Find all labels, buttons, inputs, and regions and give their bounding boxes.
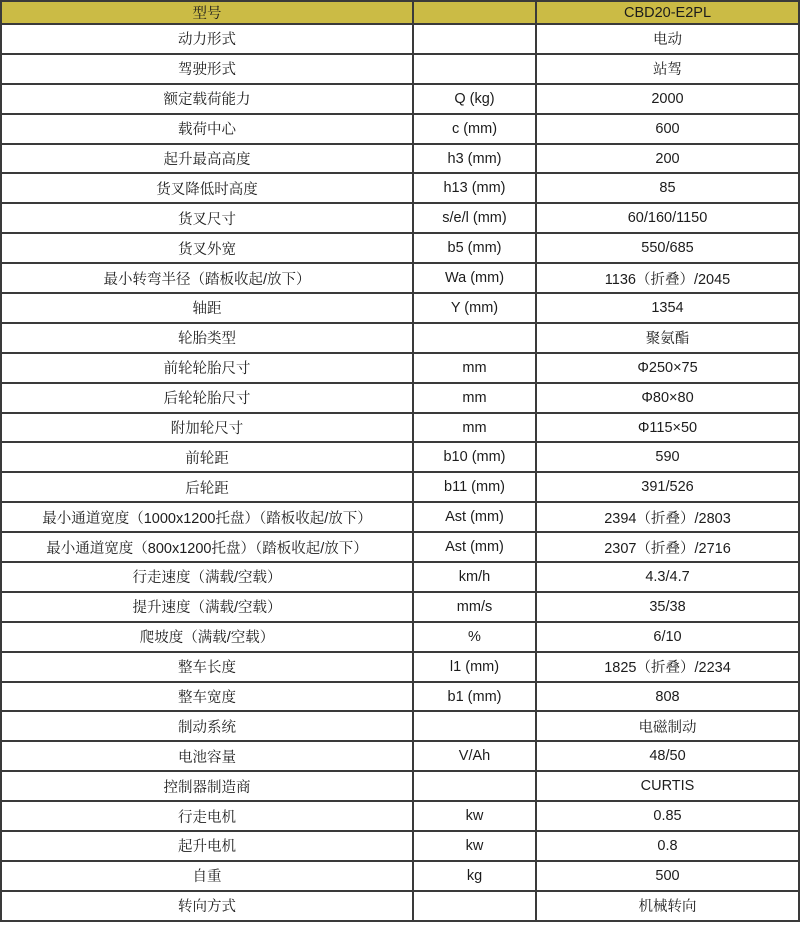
value-cell: 1136（折叠）/2045: [536, 263, 799, 293]
table-row: 整车宽度b1 (mm)808: [1, 682, 799, 712]
value-cell: 590: [536, 442, 799, 472]
value-cell: 6/10: [536, 622, 799, 652]
table-row: 附加轮尺寸mmΦ115×50: [1, 413, 799, 443]
table-row: 驾驶形式站驾: [1, 54, 799, 84]
table-row: 起升最高高度h3 (mm)200: [1, 144, 799, 174]
header-param-cell: 型号: [1, 1, 413, 24]
param-cell: 整车长度: [1, 652, 413, 682]
param-cell: 货叉外宽: [1, 233, 413, 263]
value-cell: 1825（折叠）/2234: [536, 652, 799, 682]
unit-cell: s/e/l (mm): [413, 203, 536, 233]
param-cell: 驾驶形式: [1, 54, 413, 84]
table-row: 动力形式电动: [1, 24, 799, 54]
param-cell: 前轮轮胎尺寸: [1, 353, 413, 383]
param-cell: 行走电机: [1, 801, 413, 831]
param-cell: 货叉尺寸: [1, 203, 413, 233]
unit-cell: h13 (mm): [413, 173, 536, 203]
value-cell: 2394（折叠）/2803: [536, 502, 799, 532]
param-cell: 自重: [1, 861, 413, 891]
value-cell: 4.3/4.7: [536, 562, 799, 592]
table-row: 轮胎类型聚氨酯: [1, 323, 799, 353]
unit-cell: Ast (mm): [413, 502, 536, 532]
value-cell: 站驾: [536, 54, 799, 84]
param-cell: 最小通道宽度（1000x1200托盘）（踏板收起/放下）: [1, 502, 413, 532]
param-cell: 控制器制造商: [1, 771, 413, 801]
spec-table-head: 型号 CBD20-E2PL: [1, 1, 799, 24]
value-cell: 35/38: [536, 592, 799, 622]
spec-table-body: 动力形式电动驾驶形式站驾额定载荷能力Q (kg)2000载荷中心c (mm)60…: [1, 24, 799, 921]
value-cell: 聚氨酯: [536, 323, 799, 353]
table-row: 电池容量V/Ah48/50: [1, 741, 799, 771]
unit-cell: b11 (mm): [413, 472, 536, 502]
unit-cell: c (mm): [413, 114, 536, 144]
table-row: 后轮轮胎尺寸mmΦ80×80: [1, 383, 799, 413]
param-cell: 货叉降低时高度: [1, 173, 413, 203]
value-cell: 550/685: [536, 233, 799, 263]
unit-cell: b5 (mm): [413, 233, 536, 263]
table-row: 起升电机kw0.8: [1, 831, 799, 861]
value-cell: 2000: [536, 84, 799, 114]
value-cell: 200: [536, 144, 799, 174]
value-cell: Φ115×50: [536, 413, 799, 443]
param-cell: 电池容量: [1, 741, 413, 771]
value-cell: 48/50: [536, 741, 799, 771]
unit-cell: Y (mm): [413, 293, 536, 323]
table-row: 最小通道宽度（1000x1200托盘）（踏板收起/放下）Ast (mm)2394…: [1, 502, 799, 532]
unit-cell: %: [413, 622, 536, 652]
table-row: 整车长度l1 (mm)1825（折叠）/2234: [1, 652, 799, 682]
table-row: 最小通道宽度（800x1200托盘）（踏板收起/放下）Ast (mm)2307（…: [1, 532, 799, 562]
unit-cell: mm: [413, 413, 536, 443]
value-cell: 1354: [536, 293, 799, 323]
unit-cell: V/Ah: [413, 741, 536, 771]
table-row: 自重kg500: [1, 861, 799, 891]
spec-table: 型号 CBD20-E2PL 动力形式电动驾驶形式站驾额定载荷能力Q (kg)20…: [0, 0, 800, 922]
value-cell: 2307（折叠）/2716: [536, 532, 799, 562]
param-cell: 前轮距: [1, 442, 413, 472]
param-cell: 最小转弯半径（踏板收起/放下）: [1, 263, 413, 293]
value-cell: 85: [536, 173, 799, 203]
table-row: 控制器制造商CURTIS: [1, 771, 799, 801]
param-cell: 起升最高高度: [1, 144, 413, 174]
value-cell: 0.8: [536, 831, 799, 861]
param-cell: 起升电机: [1, 831, 413, 861]
table-row: 轴距Y (mm)1354: [1, 293, 799, 323]
unit-cell: [413, 711, 536, 741]
param-cell: 爬坡度（满载/空载）: [1, 622, 413, 652]
param-cell: 动力形式: [1, 24, 413, 54]
unit-cell: [413, 771, 536, 801]
unit-cell: mm: [413, 353, 536, 383]
value-cell: Φ250×75: [536, 353, 799, 383]
value-cell: Φ80×80: [536, 383, 799, 413]
param-cell: 轮胎类型: [1, 323, 413, 353]
param-cell: 制动系统: [1, 711, 413, 741]
value-cell: 500: [536, 861, 799, 891]
value-cell: 0.85: [536, 801, 799, 831]
unit-cell: kg: [413, 861, 536, 891]
unit-cell: l1 (mm): [413, 652, 536, 682]
value-cell: 808: [536, 682, 799, 712]
unit-cell: [413, 54, 536, 84]
param-cell: 整车宽度: [1, 682, 413, 712]
value-cell: 电动: [536, 24, 799, 54]
unit-cell: mm/s: [413, 592, 536, 622]
table-row: 爬坡度（满载/空载）%6/10: [1, 622, 799, 652]
param-cell: 后轮距: [1, 472, 413, 502]
param-cell: 最小通道宽度（800x1200托盘）（踏板收起/放下）: [1, 532, 413, 562]
table-row: 后轮距b11 (mm)391/526: [1, 472, 799, 502]
value-cell: 391/526: [536, 472, 799, 502]
unit-cell: kw: [413, 831, 536, 861]
table-row: 载荷中心c (mm)600: [1, 114, 799, 144]
param-cell: 额定载荷能力: [1, 84, 413, 114]
table-row: 制动系统电磁制动: [1, 711, 799, 741]
table-row: 货叉尺寸s/e/l (mm)60/160/1150: [1, 203, 799, 233]
table-row: 转向方式机械转向: [1, 891, 799, 921]
table-row: 最小转弯半径（踏板收起/放下）Wa (mm)1136（折叠）/2045: [1, 263, 799, 293]
unit-cell: km/h: [413, 562, 536, 592]
table-row: 货叉降低时高度h13 (mm)85: [1, 173, 799, 203]
table-row: 额定载荷能力Q (kg)2000: [1, 84, 799, 114]
unit-cell: h3 (mm): [413, 144, 536, 174]
value-cell: 600: [536, 114, 799, 144]
param-cell: 提升速度（满载/空载）: [1, 592, 413, 622]
param-cell: 轴距: [1, 293, 413, 323]
value-cell: CURTIS: [536, 771, 799, 801]
table-row: 提升速度（满载/空载）mm/s35/38: [1, 592, 799, 622]
unit-cell: Q (kg): [413, 84, 536, 114]
table-row: 行走电机kw0.85: [1, 801, 799, 831]
unit-cell: kw: [413, 801, 536, 831]
table-row: 行走速度（满载/空载）km/h4.3/4.7: [1, 562, 799, 592]
param-cell: 行走速度（满载/空载）: [1, 562, 413, 592]
param-cell: 载荷中心: [1, 114, 413, 144]
table-row: 货叉外宽b5 (mm)550/685: [1, 233, 799, 263]
unit-cell: Wa (mm): [413, 263, 536, 293]
unit-cell: [413, 891, 536, 921]
unit-cell: mm: [413, 383, 536, 413]
unit-cell: [413, 323, 536, 353]
table-row: 前轮距b10 (mm)590: [1, 442, 799, 472]
unit-cell: b1 (mm): [413, 682, 536, 712]
param-cell: 附加轮尺寸: [1, 413, 413, 443]
unit-cell: [413, 24, 536, 54]
unit-cell: Ast (mm): [413, 532, 536, 562]
value-cell: 机械转向: [536, 891, 799, 921]
header-row: 型号 CBD20-E2PL: [1, 1, 799, 24]
header-unit-cell: [413, 1, 536, 24]
table-row: 前轮轮胎尺寸mmΦ250×75: [1, 353, 799, 383]
header-model-cell: CBD20-E2PL: [536, 1, 799, 24]
value-cell: 60/160/1150: [536, 203, 799, 233]
value-cell: 电磁制动: [536, 711, 799, 741]
param-cell: 转向方式: [1, 891, 413, 921]
unit-cell: b10 (mm): [413, 442, 536, 472]
param-cell: 后轮轮胎尺寸: [1, 383, 413, 413]
